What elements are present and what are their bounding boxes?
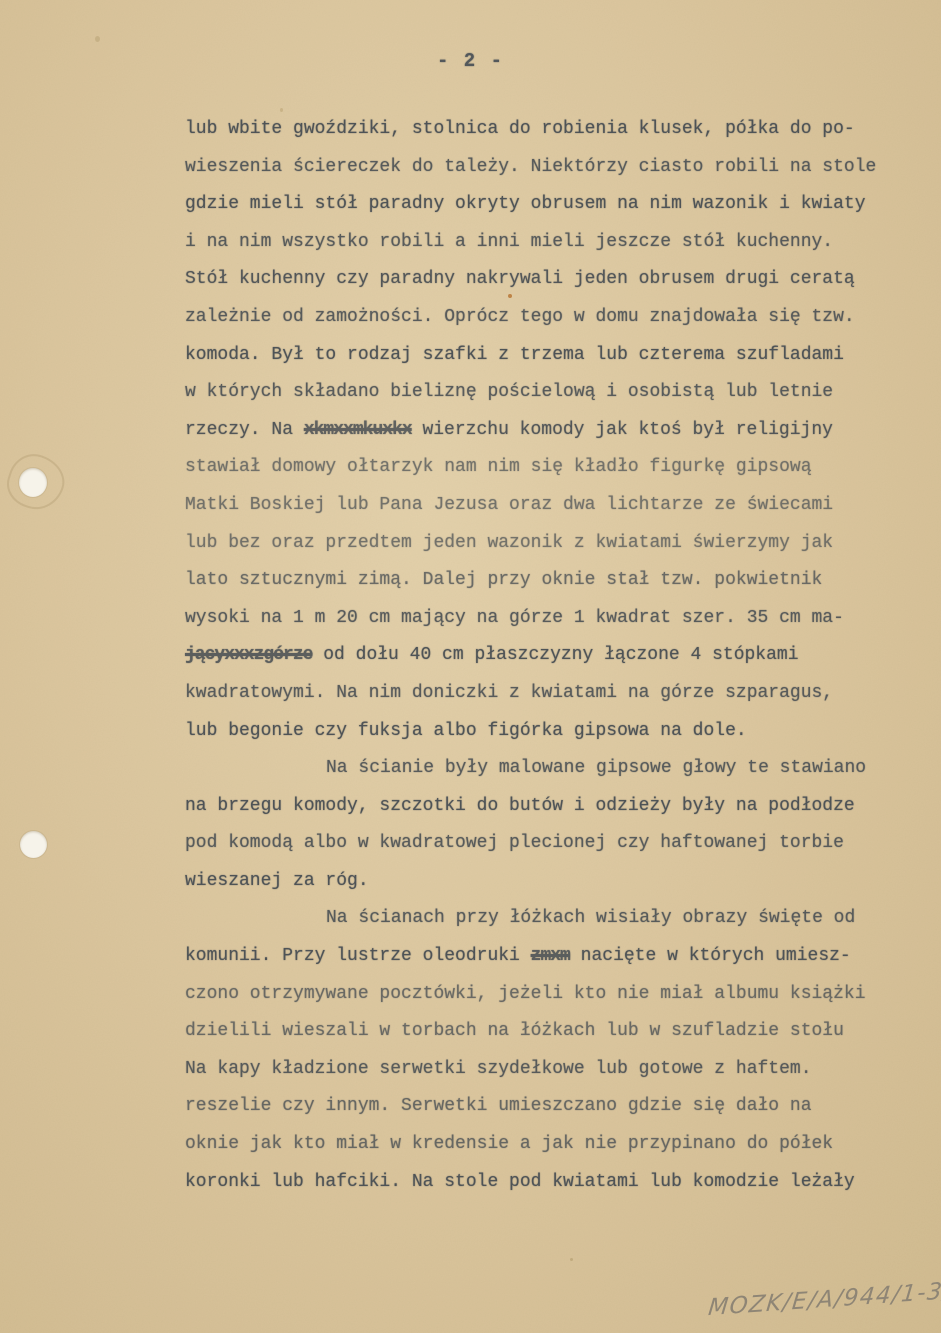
page-number: - 2 -: [0, 50, 941, 72]
text-segment: lato sztucznymi zimą. Dalej przy oknie s…: [185, 570, 822, 590]
text-line: na brzegu komody, szczotki do butów i od…: [185, 788, 895, 826]
text-line: zależnie od zamożności. Oprócz tego w do…: [185, 299, 895, 337]
text-segment: lub bez oraz przedtem jeden wazonik z kw…: [185, 533, 833, 553]
text-line: wysoki na 1 m 20 cm mający na górze 1 kw…: [185, 600, 895, 638]
text-segment: komunii. Przy lustrze oleodruki: [185, 946, 531, 966]
text-line: rzeczy. Na xkmxxmkuxkx wierzchu komody j…: [185, 412, 895, 450]
text-line: lub begonie czy fuksja albo figórka gips…: [185, 713, 895, 751]
text-line: jącyxxxzgórze od dołu 40 cm płaszczyzny …: [185, 637, 895, 675]
text-line: i na nim wszystko robili a inni mieli je…: [185, 224, 895, 262]
text-segment: Na ścianach przy łóżkach wisiały obrazy …: [326, 908, 855, 928]
text-segment: lub wbite gwoździki, stolnica do robieni…: [185, 119, 855, 139]
text-line: komoda. Był to rodzaj szafki z trzema lu…: [185, 337, 895, 375]
text-segment: Na ścianie były malowane gipsowe głowy t…: [326, 758, 866, 778]
text-line: wieszanej za róg.: [185, 863, 895, 901]
text-line: kwadratowymi. Na nim doniczki z kwiatami…: [185, 675, 895, 713]
text-line: pod komodą albo w kwadratowej plecionej …: [185, 825, 895, 863]
text-line: lato sztucznymi zimą. Dalej przy oknie s…: [185, 562, 895, 600]
text-line: komunii. Przy lustrze oleodruki zmxm nac…: [185, 938, 895, 976]
text-segment: oknie jak kto miał w kredensie a jak nie…: [185, 1134, 833, 1154]
typewritten-text-block: lub wbite gwoździki, stolnica do robieni…: [185, 111, 895, 1201]
text-segment: koronki lub hafciki. Na stole pod kwiata…: [185, 1172, 855, 1192]
text-line: Matki Boskiej lub Pana Jezusa oraz dwa l…: [185, 487, 895, 525]
text-segment: wieszenia ściereczek do tależy. Niektórz…: [185, 157, 876, 177]
text-segment: wysoki na 1 m 20 cm mający na górze 1 kw…: [185, 608, 844, 628]
text-segment: Na kapy kładzione serwetki szydełkowe lu…: [185, 1059, 812, 1079]
text-line: Na ścianie były malowane gipsowe głowy t…: [185, 750, 895, 788]
text-segment: wierzchu komody jak ktoś był religijny: [412, 420, 833, 440]
text-segment: rzeczy. Na: [185, 420, 304, 440]
struck-text: xkmxxmkuxkx: [304, 420, 412, 440]
text-line: reszelie czy innym. Serwetki umieszczano…: [185, 1088, 895, 1126]
text-segment: Stół kuchenny czy paradny nakrywali jede…: [185, 269, 855, 289]
text-segment: od dołu 40 cm płaszczyzny łączone 4 stóp…: [312, 645, 798, 665]
text-segment: kwadratowymi. Na nim doniczki z kwiatami…: [185, 683, 833, 703]
text-segment: dzielili wieszali w torbach na łóżkach l…: [185, 1021, 844, 1041]
text-segment: na brzegu komody, szczotki do butów i od…: [185, 796, 855, 816]
text-line: koronki lub hafciki. Na stole pod kwiata…: [185, 1164, 895, 1202]
punch-hole: [20, 831, 47, 858]
text-line: gdzie mieli stół paradny okryty obrusem …: [185, 186, 895, 224]
text-line: Stół kuchenny czy paradny nakrywali jede…: [185, 261, 895, 299]
punch-hole: [19, 468, 47, 497]
text-line: stawiał domowy ołtarzyk nam nim się kład…: [185, 449, 895, 487]
text-segment: komoda. Był to rodzaj szafki z trzema lu…: [185, 345, 844, 365]
text-segment: w których składano bieliznę pościelową i…: [185, 382, 833, 402]
text-segment: Matki Boskiej lub Pana Jezusa oraz dwa l…: [185, 495, 833, 515]
text-line: lub wbite gwoździki, stolnica do robieni…: [185, 111, 895, 149]
text-segment: reszelie czy innym. Serwetki umieszczano…: [185, 1096, 812, 1116]
paper-speck: [95, 36, 100, 42]
text-segment: czono otrzymywane pocztówki, jeżeli kto …: [185, 984, 866, 1004]
text-segment: zależnie od zamożności. Oprócz tego w do…: [185, 307, 855, 327]
text-segment: lub begonie czy fuksja albo figórka gips…: [185, 721, 747, 741]
text-line: wieszenia ściereczek do tależy. Niektórz…: [185, 149, 895, 187]
text-line: dzielili wieszali w torbach na łóżkach l…: [185, 1013, 895, 1051]
text-segment: nacięte w których umiesz-: [570, 946, 851, 966]
text-segment: wieszanej za róg.: [185, 871, 369, 891]
paper-speck: [570, 1258, 573, 1261]
text-line: w których składano bieliznę pościelową i…: [185, 374, 895, 412]
text-line: lub bez oraz przedtem jeden wazonik z kw…: [185, 525, 895, 563]
text-line: Na ścianach przy łóżkach wisiały obrazy …: [185, 900, 895, 938]
text-line: czono otrzymywane pocztówki, jeżeli kto …: [185, 976, 895, 1014]
text-segment: gdzie mieli stół paradny okryty obrusem …: [185, 194, 866, 214]
struck-text: jącyxxxzgórze: [185, 645, 312, 665]
text-segment: stawiał domowy ołtarzyk nam nim się kład…: [185, 457, 812, 477]
text-line: oknie jak kto miał w kredensie a jak nie…: [185, 1126, 895, 1164]
archive-reference-handwritten: MOZK/E/A/944/1-3/2: [707, 1277, 941, 1321]
text-line: Na kapy kładzione serwetki szydełkowe lu…: [185, 1051, 895, 1089]
text-segment: pod komodą albo w kwadratowej plecionej …: [185, 833, 844, 853]
text-segment: i na nim wszystko robili a inni mieli je…: [185, 232, 833, 252]
struck-text: zmxm: [531, 946, 570, 966]
scanned-document-page: - 2 - lub wbite gwoździki, stolnica do r…: [0, 0, 941, 1333]
